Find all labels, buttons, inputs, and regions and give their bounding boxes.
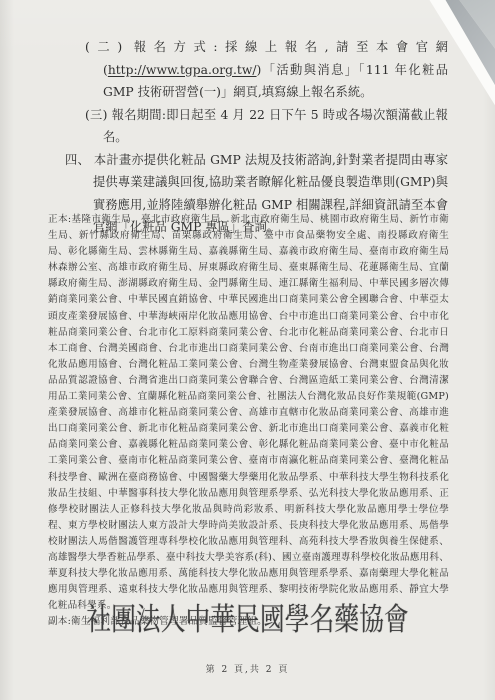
notice-item-3: (三)報名期間:即日起至 4 月 22 日下午 5 時或各場次額滿截止報名。 xyxy=(0,104,495,149)
item-3-marker: (三) xyxy=(85,108,107,122)
recipients-original: 正本:基隆市衛生局、臺北市政府衛生局、新北市政府衛生局、桃園市政府衛生局、新竹市… xyxy=(48,212,449,614)
item-2-marker: (二) xyxy=(85,40,122,54)
recipients-original-label: 正本: xyxy=(48,214,71,225)
item-4-marker: 四、 xyxy=(65,153,90,167)
scanned-document-page: (二)報名方式:採線上報名,請至本會官網 (http://www.tgpa.or… xyxy=(0,0,495,700)
page-footer: 第 2 頁,共 2 頁 xyxy=(0,662,495,675)
website-link[interactable]: http://www.tgpa.org.tw/ xyxy=(108,63,257,77)
issuer-stamp: 社團法人中華民國學名藥協會 xyxy=(0,594,495,639)
item-3-text: 報名期間:即日起至 4 月 22 日下午 5 時或各場次額滿截止報名。 xyxy=(103,108,448,145)
page-number: 第 2 頁,共 2 頁 xyxy=(206,665,290,675)
recipients-original-list: 基隆市衛生局、臺北市政府衛生局、新北市政府衛生局、桃園市政府衛生局、新竹市衛生局… xyxy=(48,214,449,611)
issuer-name: 社團法人中華民國學名藥協會 xyxy=(86,594,408,639)
recipients-section: 正本:基隆市衛生局、臺北市政府衛生局、新北市政府衛生局、桃園市政府衛生局、新竹市… xyxy=(48,212,449,630)
notice-item-2: (二)報名方式:採線上報名,請至本會官網 (http://www.tgpa.or… xyxy=(0,36,495,104)
notice-body: (二)報名方式:採線上報名,請至本會官網 (http://www.tgpa.or… xyxy=(0,36,495,239)
